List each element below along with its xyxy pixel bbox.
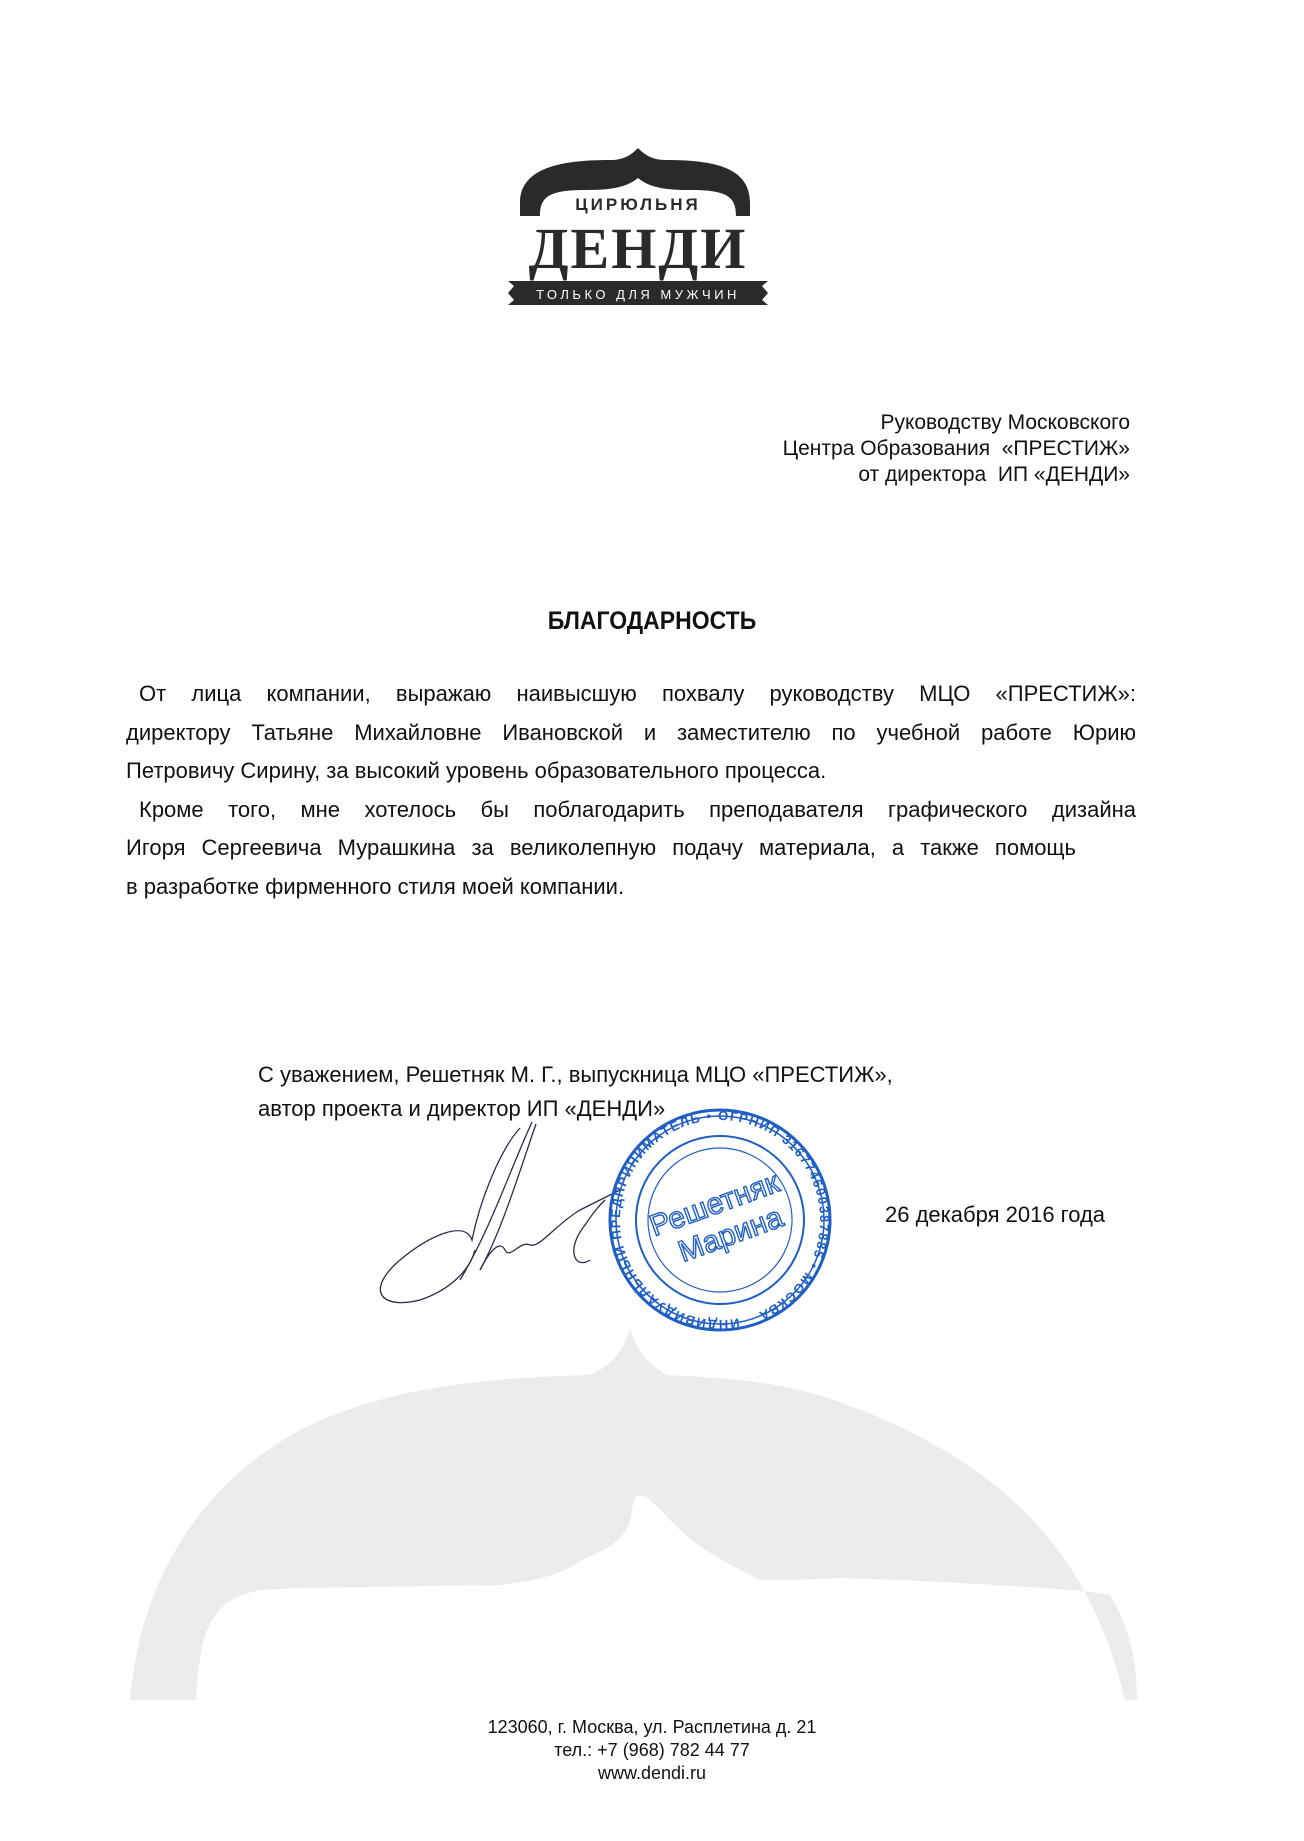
body-line: в разработке фирменного стиля моей компа…	[126, 868, 1136, 907]
dendi-logo: ЦИРЮЛЬНЯ ДЕНДИ ТОЛЬКО ДЛЯ МУЖЧИН	[500, 148, 776, 318]
addressee-line: от директора ИП «ДЕНДИ»	[783, 462, 1130, 488]
company-stamp: ИНДИВИДУАЛЬНЫЙ ПРЕДПРИНИМАТЕЛЬ • ОГРНИП …	[590, 1095, 850, 1335]
body-line: Игоря Сергеевича Мурашкина за великолепн…	[126, 829, 1076, 868]
logo-top-line: ЦИРЮЛЬНЯ	[575, 195, 701, 214]
body-line: Петровичу Сирину, за высокий уровень обр…	[126, 752, 1136, 791]
footer-contacts: 123060, г. Москва, ул. Расплетина д. 21 …	[0, 1716, 1304, 1785]
footer-website: www.dendi.ru	[0, 1762, 1304, 1785]
addressee-line: Центра Образования «ПРЕСТИЖ»	[783, 436, 1130, 462]
footer-address: 123060, г. Москва, ул. Расплетина д. 21	[0, 1716, 1304, 1739]
body-line: От лица компании, выражаю наивысшую похв…	[126, 675, 1136, 714]
footer-phone: тел.: +7 (968) 782 44 77	[0, 1739, 1304, 1762]
closing-line: С уважением, Решетняк М. Г., выпускница …	[258, 1058, 893, 1092]
addressee-block: Руководству Московского Центра Образован…	[783, 410, 1130, 488]
addressee-line: Руководству Московского	[783, 410, 1130, 436]
letter-date: 26 декабря 2016 года	[885, 1202, 1105, 1228]
body-line: Кроме того, мне хотелось бы поблагодарит…	[126, 791, 1136, 830]
body-line: директору Татьяне Михайловне Ивановской …	[126, 714, 1136, 753]
logo-tagline: ТОЛЬКО ДЛЯ МУЖЧИН	[536, 287, 740, 302]
document-title: БЛАГОДАРНОСТЬ	[52, 607, 1252, 636]
letter-body: От лица компании, выражаю наивысшую похв…	[126, 675, 1136, 906]
handwritten-signature	[360, 1110, 620, 1320]
logo-brand: ДЕНДИ	[529, 216, 748, 281]
